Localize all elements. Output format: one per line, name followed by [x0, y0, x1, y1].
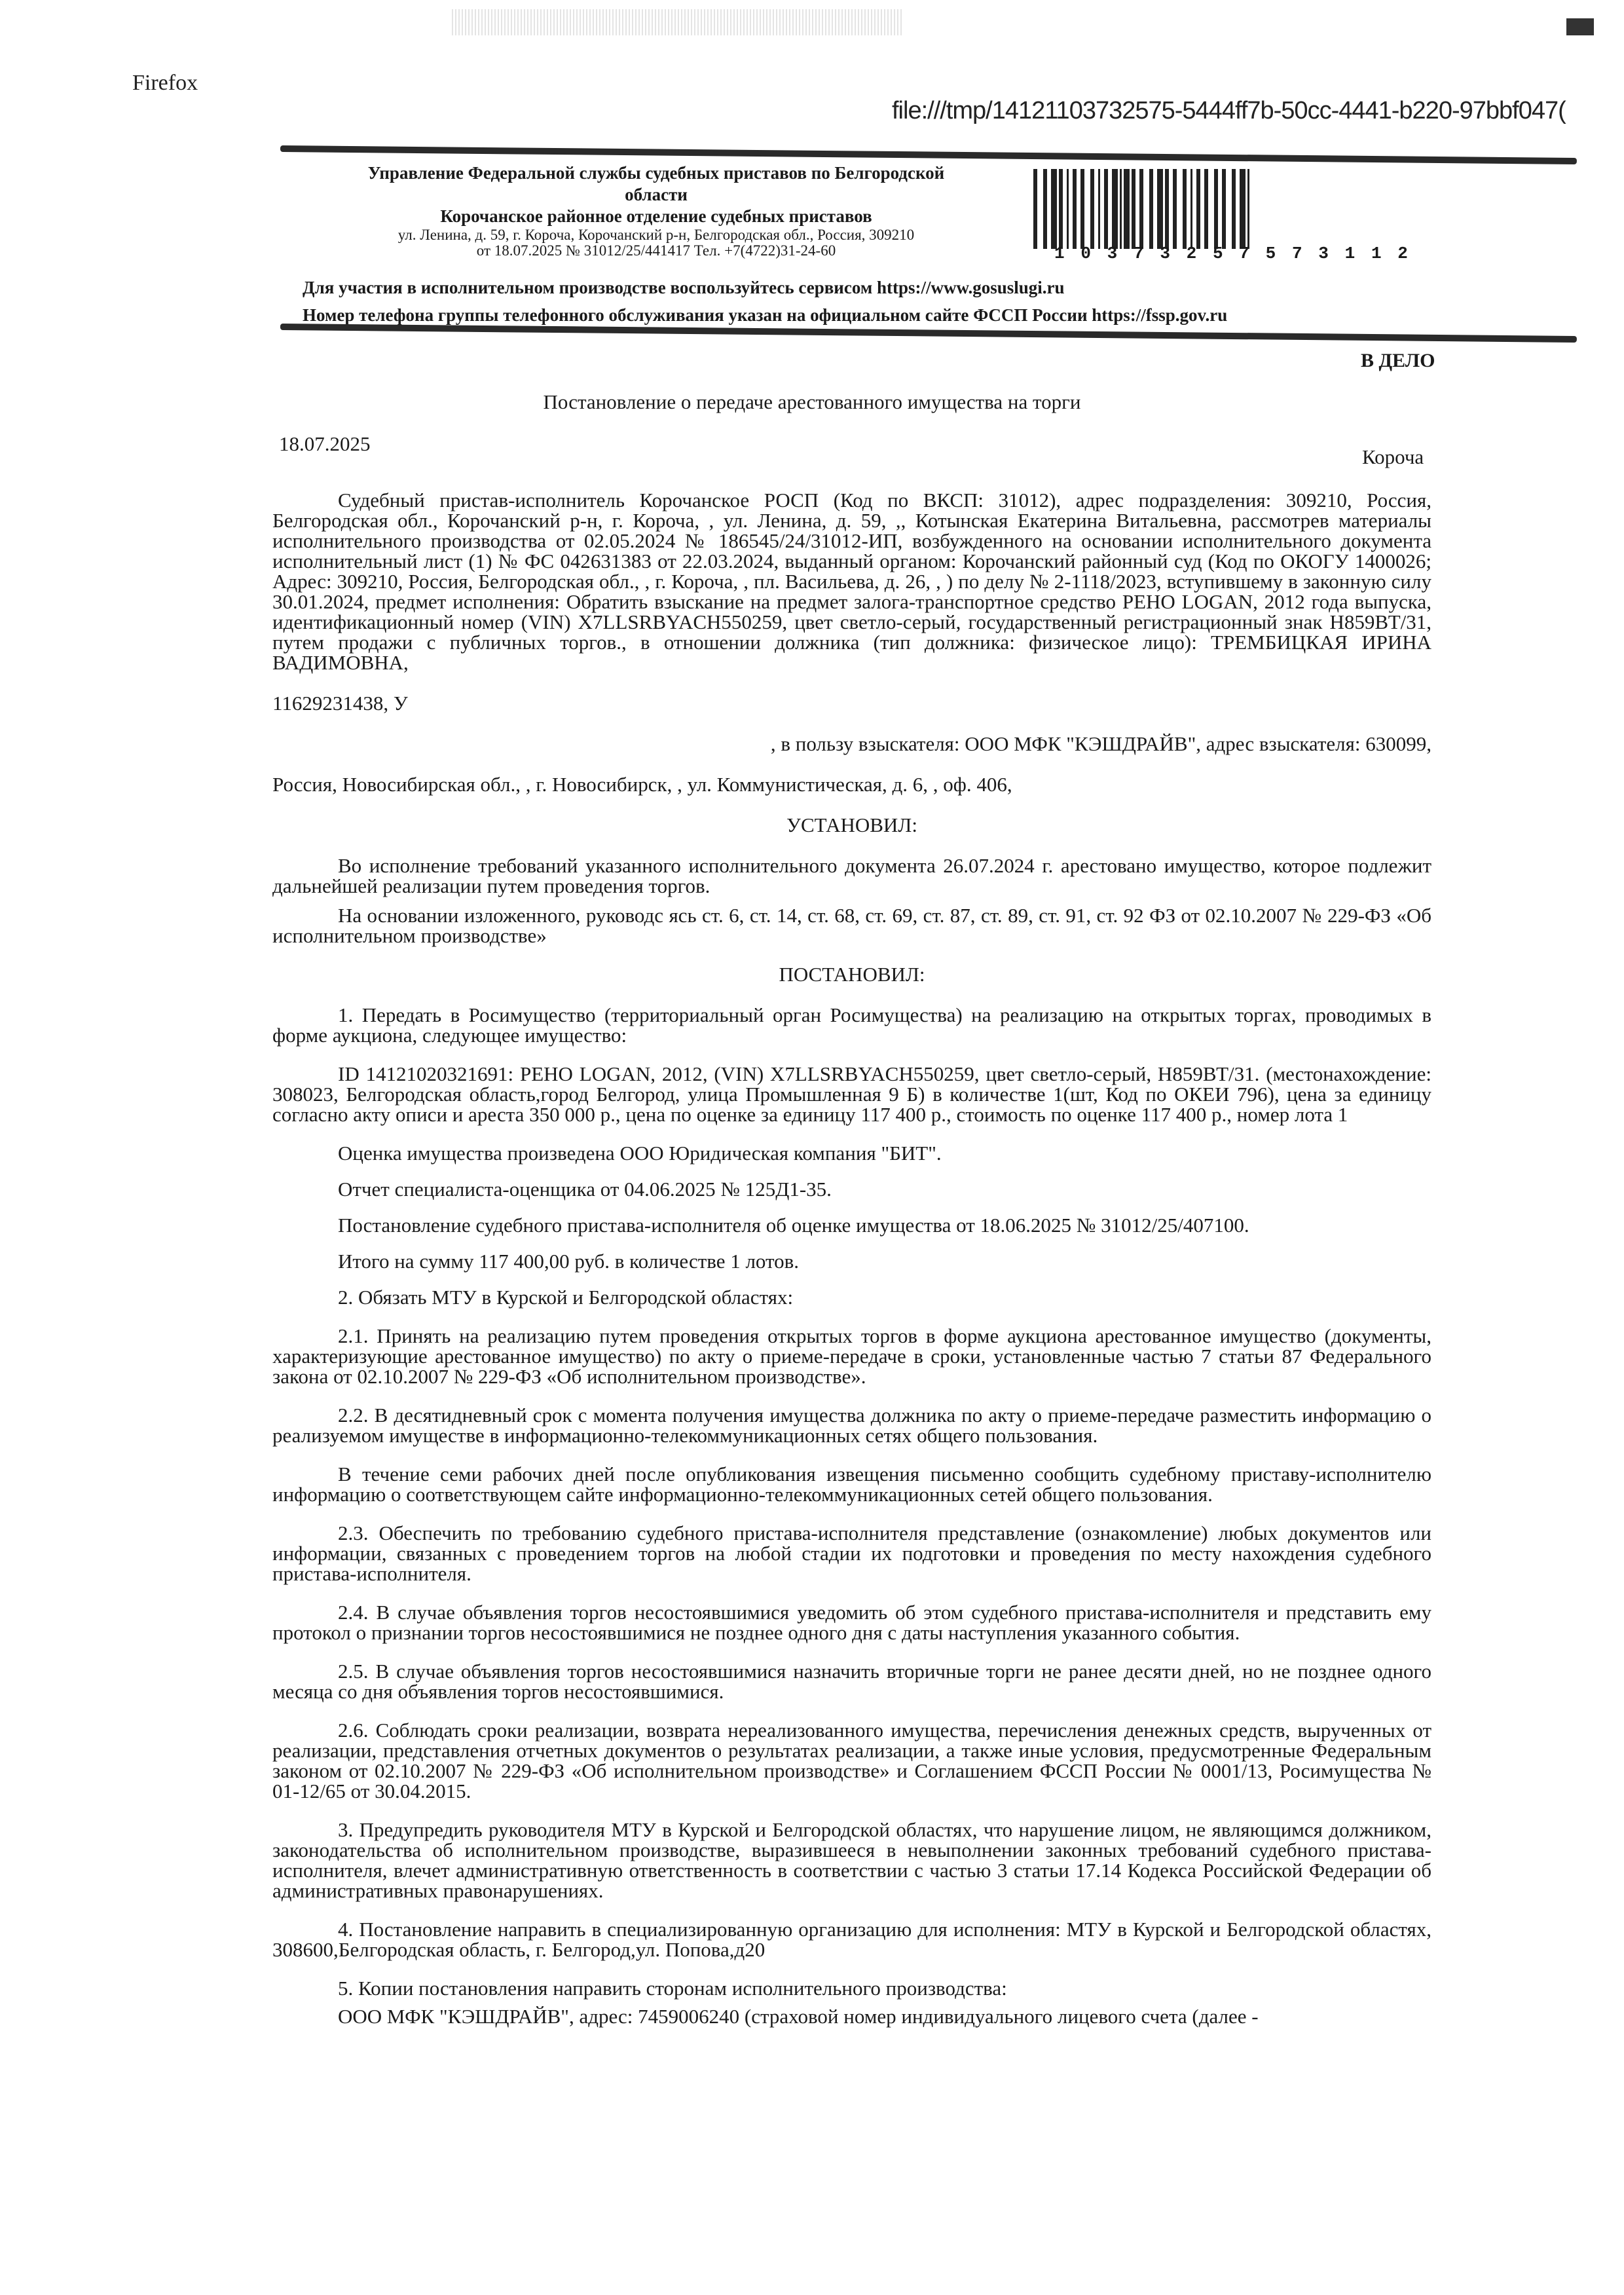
established-text: Во исполнение требований указанного испо… [272, 855, 1431, 896]
item-4: 4. Постановление направить в специализир… [272, 1919, 1431, 1960]
department-address: ул. Ленина, д. 59, г. Короча, Корочански… [303, 227, 1010, 243]
barcode-digit: 5 [1266, 244, 1276, 263]
appraiser-report: Отчет специалиста-оценщика от 04.06.2025… [272, 1179, 1431, 1199]
intro-paragraph: Судебный пристав-исполнитель Корочанское… [272, 490, 1431, 673]
file-stamp: В ДЕЛО [1361, 350, 1435, 372]
item-2: 2. Обязать МТУ в Курской и Белгородской … [272, 1287, 1431, 1307]
document-body: Судебный пристав-исполнитель Корочанское… [272, 490, 1431, 2026]
valuation-company: Оценка имущества произведена ООО Юридиче… [272, 1143, 1431, 1163]
browser-app-label: Firefox [132, 71, 198, 96]
item-5: 5. Копии постановления направить сторона… [272, 1978, 1431, 1998]
fssp-phone-notice: Номер телефона группы телефонного обслуж… [303, 305, 1227, 326]
total-sum: Итого на сумму 117 400,00 руб. в количес… [272, 1251, 1431, 1271]
item-2-2-notice: В течение семи рабочих дней после опубли… [272, 1464, 1431, 1504]
item-2-6: 2.6. Соблюдать сроки реализации, возврат… [272, 1720, 1431, 1801]
barcode-digit: 7 [1134, 244, 1144, 263]
barcode-digit: 0 [1080, 244, 1091, 263]
barcode-digit: 3 [1107, 244, 1118, 263]
resolved-heading: ПОСТАНОВИЛ: [272, 964, 1431, 984]
item-2-2: 2.2. В десятидневный срок с момента полу… [272, 1405, 1431, 1446]
recipient-line: ООО МФК "КЭШДРАЙВ", адрес: 7459006240 (с… [272, 2006, 1431, 2026]
barcode [1033, 169, 1413, 249]
creditor-line: , в пользу взыскателя: ООО МФК "КЭШДРАЙВ… [272, 734, 1431, 754]
header-rule-bottom [280, 324, 1577, 343]
barcode-digit: 3 [1318, 244, 1329, 263]
barcode-number: 10373257573112 [1054, 244, 1408, 263]
department-name: Корочанское районное отделение судебных … [303, 206, 1010, 227]
legal-basis: На основании изложенного, руководс ясь с… [272, 905, 1431, 946]
barcode-digit: 1 [1054, 244, 1065, 263]
scan-artifact [452, 9, 904, 35]
property-description: ID 14121020321691: РЕНО LOGAN, 2012, (VI… [272, 1064, 1431, 1125]
barcode-digit: 2 [1397, 244, 1408, 263]
creditor-address: Россия, Новосибирская обл., , г. Новосиб… [272, 774, 1431, 794]
org-header: Управление Федеральной службы судебных п… [303, 162, 1010, 259]
item-3: 3. Предупредить руководителя МТУ в Курск… [272, 1819, 1431, 1901]
barcode-digit: 2 [1187, 244, 1197, 263]
print-url: file:///tmp/14121103732575-5444ff7b-50cc… [892, 97, 1566, 125]
document-reference: от 18.07.2025 № 31012/25/441417 Тел. +7(… [303, 243, 1010, 259]
item-2-5: 2.5. В случае объявления торгов несостоя… [272, 1661, 1431, 1702]
barcode-digit: 3 [1160, 244, 1170, 263]
scan-corner-mark [1566, 18, 1594, 35]
item-2-3: 2.3. Обеспечить по требованию судебного … [272, 1523, 1431, 1584]
barcode-digit: 5 [1213, 244, 1223, 263]
org-name-line-1: Управление Федеральной службы судебных п… [303, 162, 1010, 184]
barcode-digit: 7 [1239, 244, 1249, 263]
header-rule-top [280, 145, 1577, 164]
item-2-1: 2.1. Принять на реализацию путем проведе… [272, 1326, 1431, 1387]
document-date: 18.07.2025 [279, 432, 371, 456]
gosuslugi-notice: Для участия в исполнительном производств… [303, 278, 1065, 298]
barcode-digit: 1 [1371, 244, 1382, 263]
valuation-resolution: Постановление судебного пристава-исполни… [272, 1215, 1431, 1235]
document-title: Постановление о передаче арестованного и… [0, 390, 1624, 414]
barcode-digit: 1 [1345, 244, 1356, 263]
debtor-id: 11629231438, У [272, 693, 1431, 713]
document-city: Короча [1362, 445, 1424, 469]
item-1: 1. Передать в Росимущество (территориаль… [272, 1005, 1431, 1045]
org-name-line-2: области [303, 184, 1010, 206]
barcode-digit: 7 [1292, 244, 1302, 263]
item-2-4: 2.4. В случае объявления торгов несостоя… [272, 1602, 1431, 1643]
established-heading: УСТАНОВИЛ: [272, 815, 1431, 835]
